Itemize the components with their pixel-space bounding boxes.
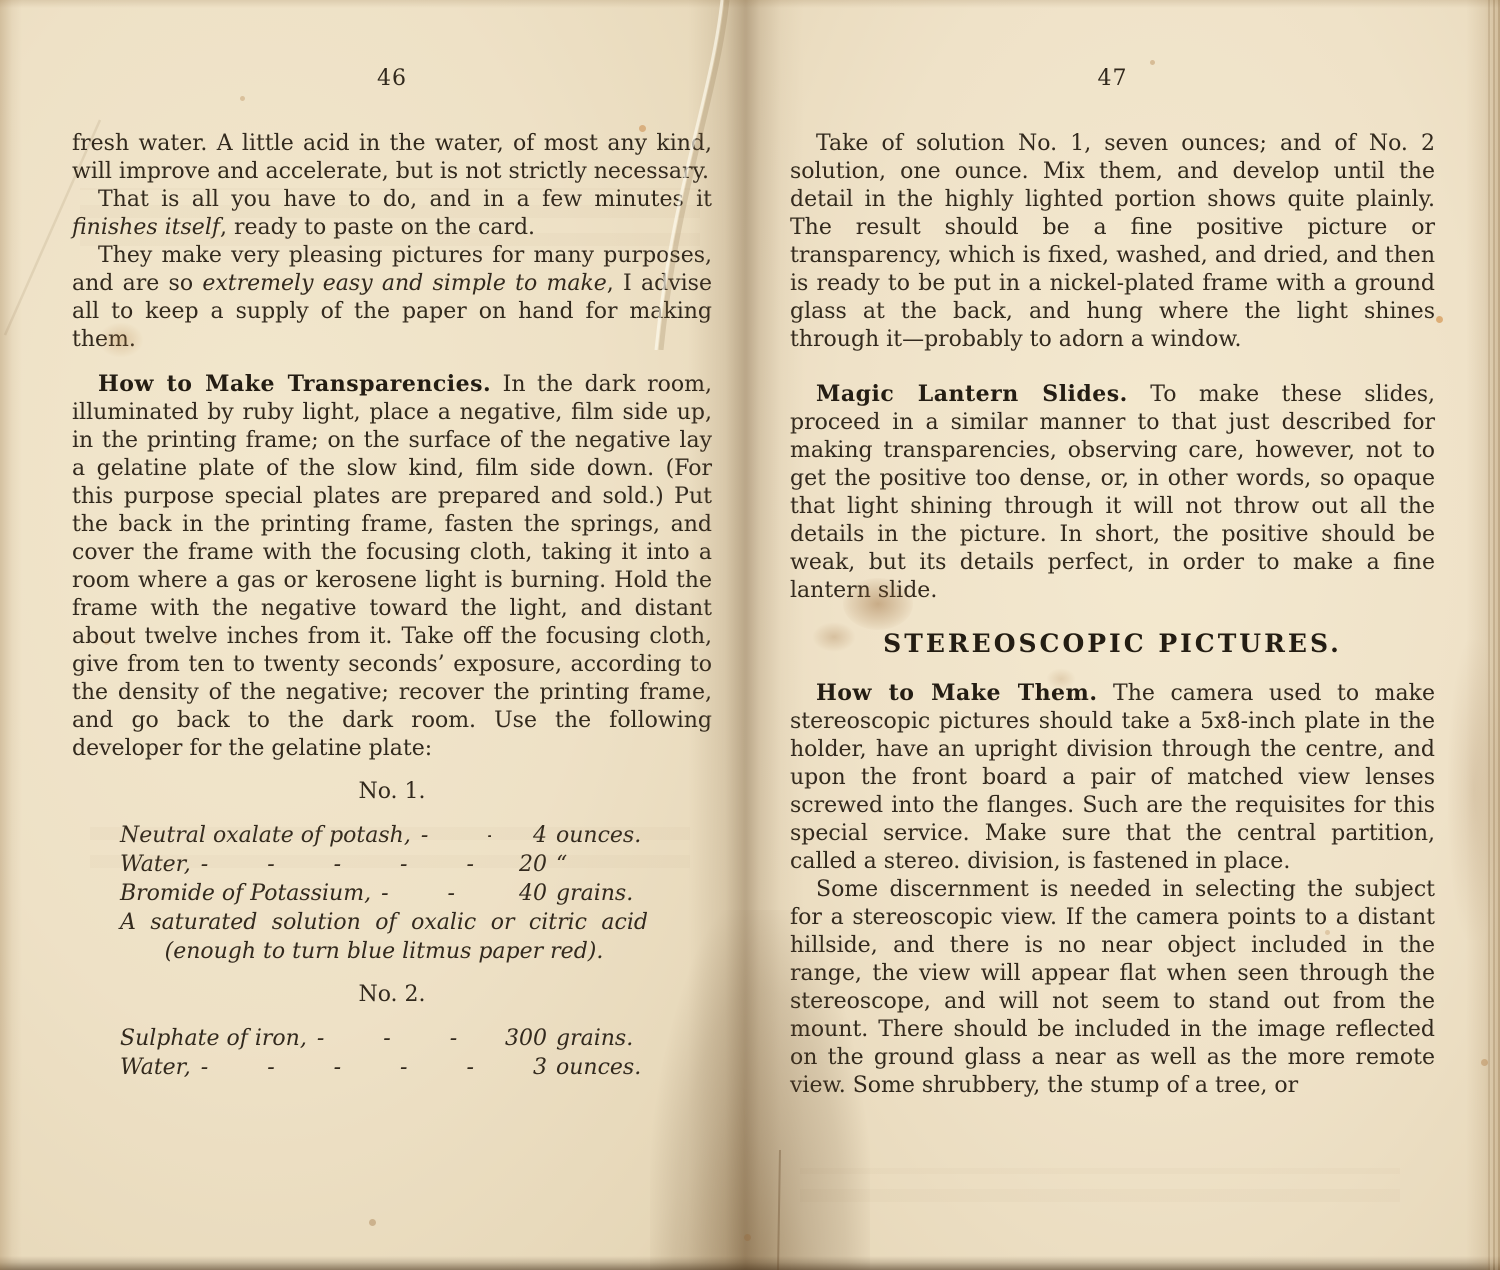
paragraph-some-discernment: Some discernment is needed in selecting … <box>790 876 1435 1100</box>
section-lead-transparencies: How to Make Transparencies. <box>98 371 491 397</box>
formula-ingredient: Bromide of Potassium, <box>120 879 371 908</box>
page-left: 46 fresh water. A little acid in the wat… <box>0 0 745 1270</box>
formula-amount-unit: grains. <box>547 1024 648 1053</box>
formula-title-no1: No. 1. <box>72 779 712 805</box>
formula-ingredient: Water, <box>120 850 191 879</box>
section-lead-magic-lantern: Magic Lantern Slides. <box>816 381 1128 407</box>
section-how-to-make-them: How to Make Them. The camera used to mak… <box>790 679 1435 876</box>
formula-1: Neutral oxalate of potash, - - 4 ounces.… <box>120 821 648 966</box>
formula-dashes: - - - - <box>307 1024 491 1053</box>
formula-ingredient: Sulphate of iron, <box>120 1024 307 1053</box>
paragraph-they-make: They make very pleasing pictures for man… <box>72 242 712 354</box>
formula-row: Water, - - - - - - 20 “ <box>120 850 648 879</box>
text-segment: To make these slides, proceed in a simil… <box>790 382 1435 603</box>
paragraph-fresh-water: fresh water. A little acid in the water,… <box>72 130 712 186</box>
section-how-to-make-transparencies: How to Make Transparencies. In the dark … <box>72 370 712 763</box>
page-right-content: 47 Take of solution No. 1, seven ounces;… <box>790 66 1435 1100</box>
page-left-content: 46 fresh water. A little acid in the wat… <box>72 66 712 1082</box>
formula-amount-unit: ounces. <box>547 821 648 850</box>
formula-row: Sulphate of iron, - - - - 300 grains. <box>120 1024 648 1053</box>
formula-amount-number: 300 <box>491 1024 547 1053</box>
formula-dashes: - - - - - - <box>191 850 491 879</box>
formula-amount-unit: ounces. <box>547 1053 648 1082</box>
text-segment: , ready to paste on the card. <box>220 215 535 240</box>
page-number-right: 47 <box>790 66 1435 92</box>
formula-row: Neutral oxalate of potash, - - 4 ounces. <box>120 821 648 850</box>
section-magic-lantern-slides: Magic Lantern Slides. To make these slid… <box>790 380 1435 605</box>
section-lead-how-to-make-them: How to Make Them. <box>816 680 1098 706</box>
paragraph-that-is-all: That is all you have to do, and in a few… <box>72 186 712 242</box>
paragraph-take-of-solution: Take of solution No. 1, seven ounces; an… <box>790 130 1435 354</box>
formula-row: Water, - - - - - - 3 ounces. <box>120 1053 648 1082</box>
formula-ingredient: Water, <box>120 1053 191 1082</box>
formula-ingredient: Neutral oxalate of potash, <box>120 821 411 850</box>
formula-note-line1: A saturated solution of oxalic or citric… <box>120 908 648 937</box>
text-segment-italic: extremely easy and simple to make <box>202 271 606 296</box>
section-heading-stereoscopic-pictures: STEREOSCOPIC PICTURES. <box>790 629 1435 659</box>
formula-dashes: - - - <box>371 879 491 908</box>
page-number-left: 46 <box>72 66 712 92</box>
text-segment: The camera used to make stereoscopic pic… <box>790 681 1435 874</box>
formula-amount-number: 3 <box>491 1053 547 1082</box>
formula-amount-number: 20 <box>491 850 547 879</box>
text-segment: In the dark room, illuminated by ruby li… <box>72 372 712 761</box>
formula-2: Sulphate of iron, - - - - 300 grains. Wa… <box>120 1024 648 1082</box>
formula-amount-number: 4 <box>491 821 547 850</box>
formula-row: Bromide of Potassium, - - - 40 grains. <box>120 879 648 908</box>
formula-dashes: - - - - - - <box>191 1053 491 1082</box>
page-right: 47 Take of solution No. 1, seven ounces;… <box>745 0 1500 1270</box>
formula-dashes: - - <box>411 821 491 850</box>
text-segment: That is all you have to do, and in a few… <box>98 187 712 212</box>
formula-note-line2: (enough to turn blue litmus paper red). <box>120 937 648 966</box>
text-segment-italic: finishes itself <box>72 215 220 240</box>
formula-amount-unit: grains. <box>547 879 648 908</box>
formula-amount-number: 40 <box>491 879 547 908</box>
formula-amount-unit: “ <box>547 850 648 879</box>
formula-title-no2: No. 2. <box>72 982 712 1008</box>
